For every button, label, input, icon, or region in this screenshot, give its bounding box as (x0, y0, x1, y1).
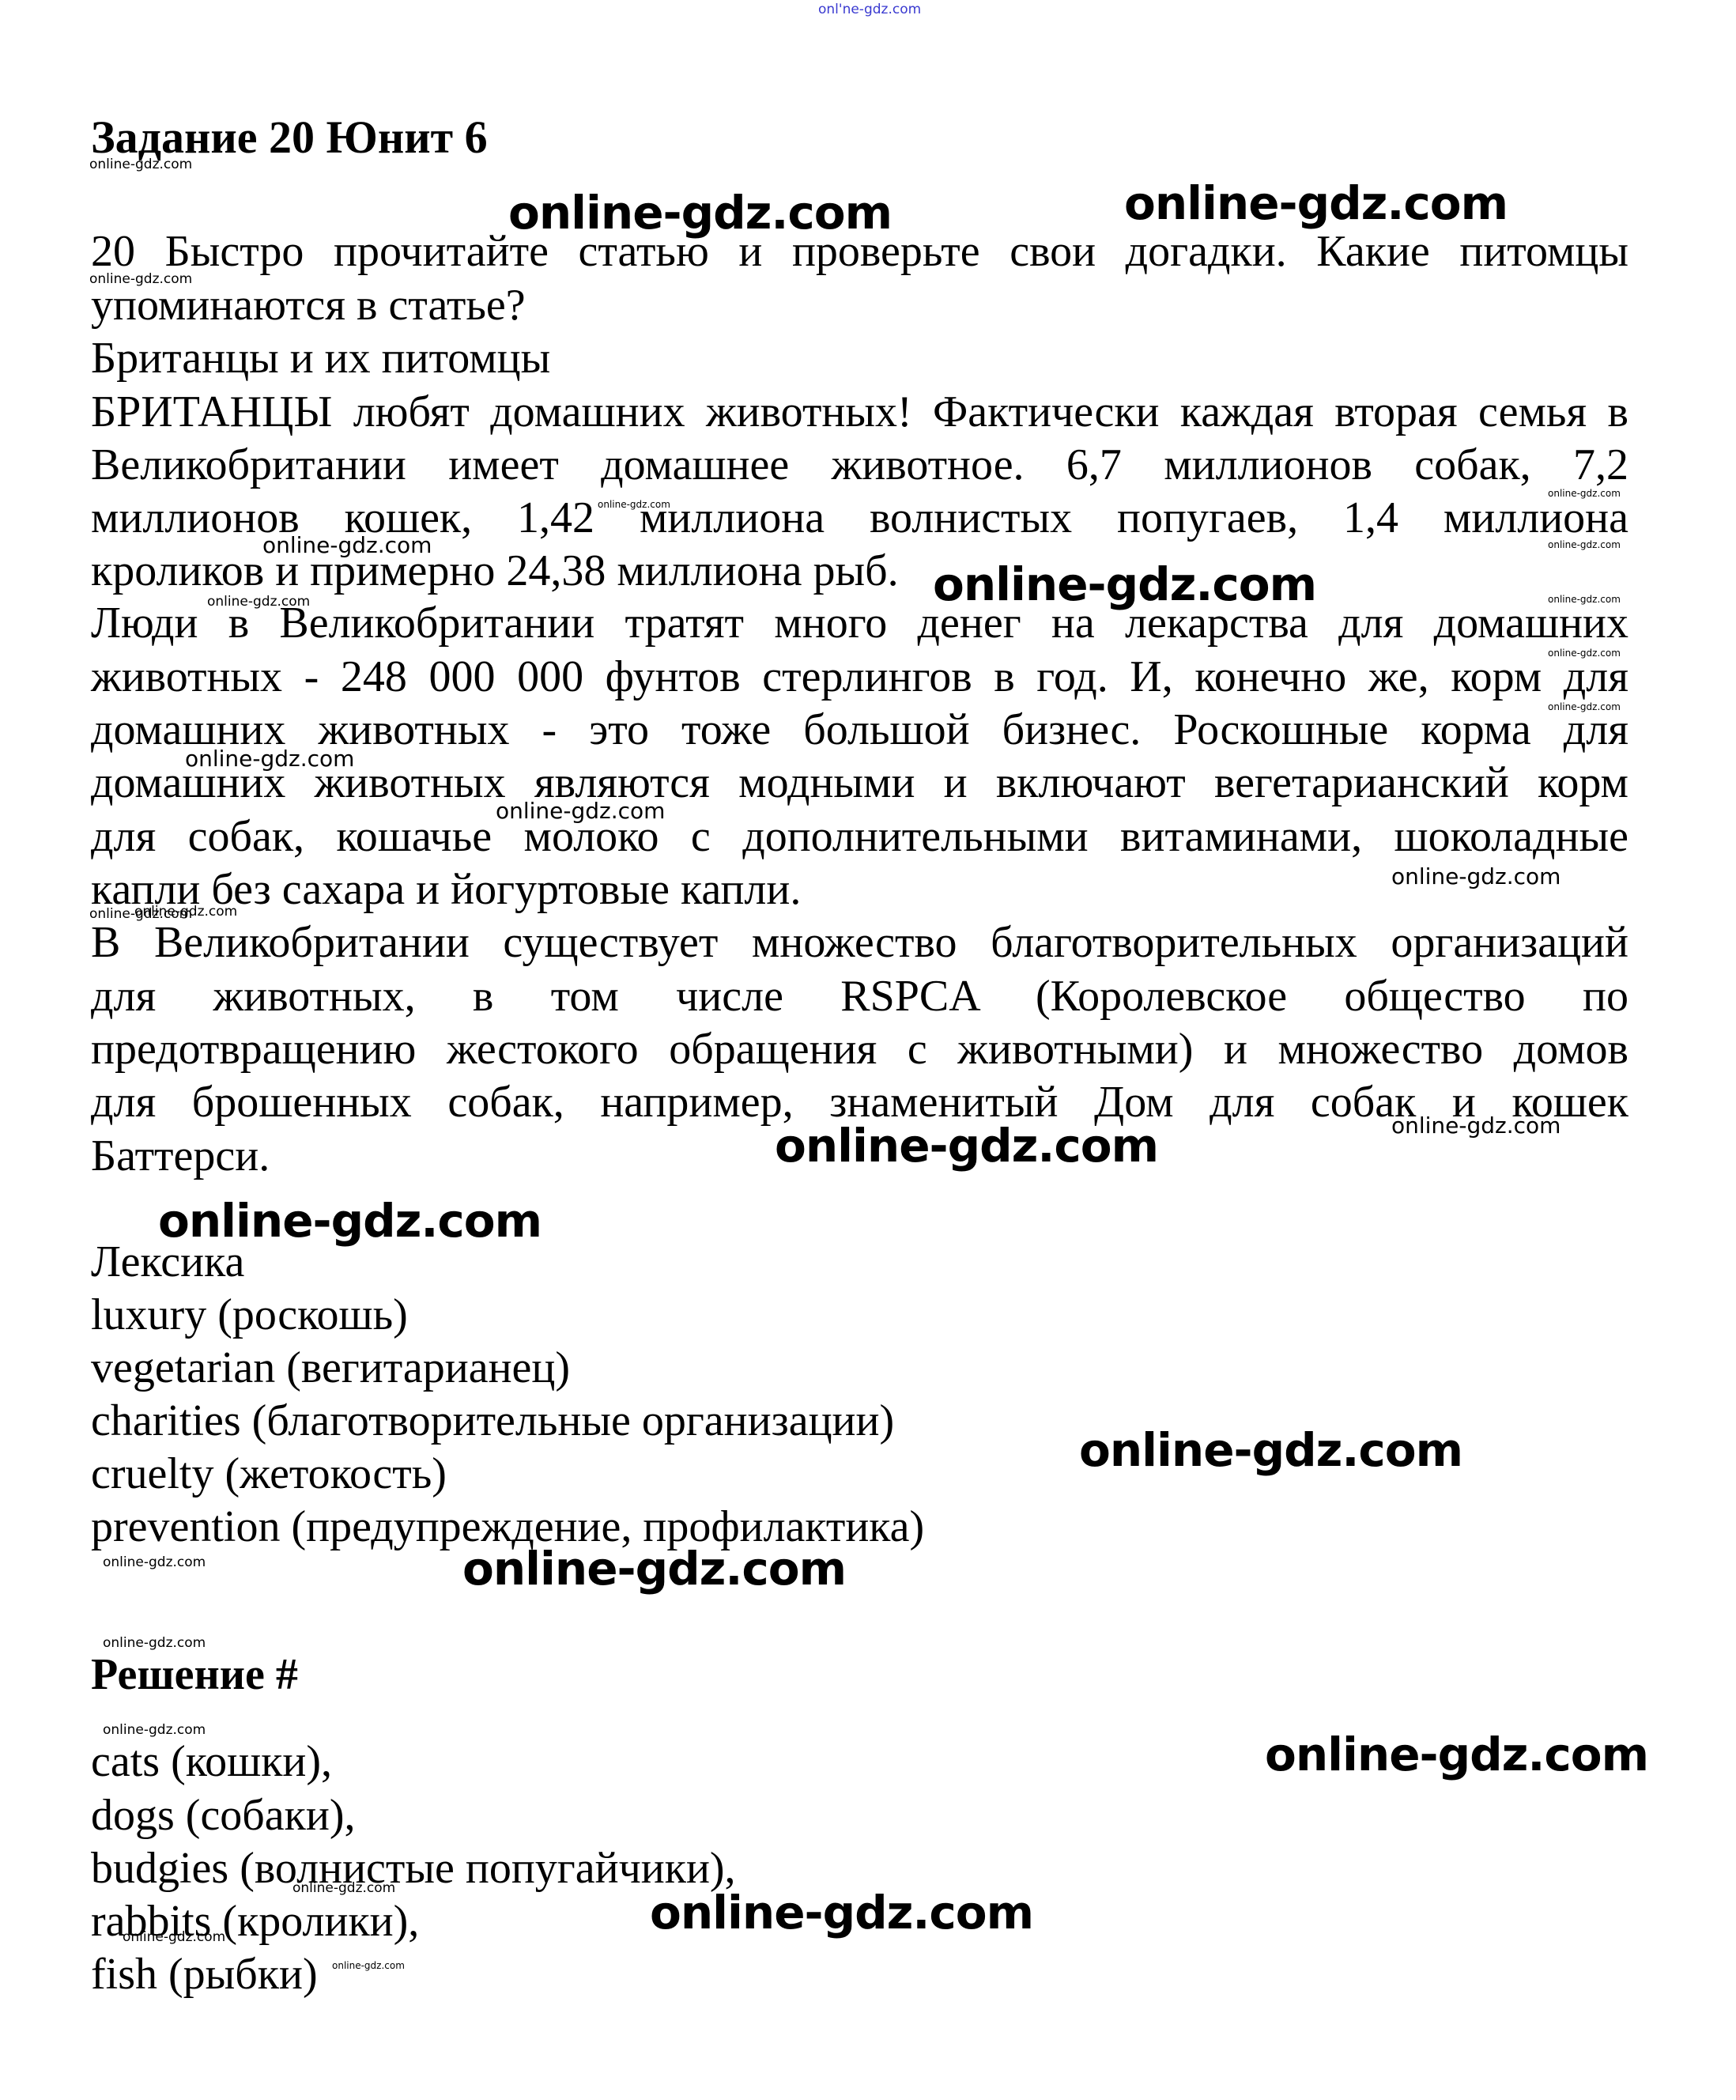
page-title: Задание 20 Юнит 6 (91, 115, 488, 161)
solution-item: fish (рыбки) (91, 1952, 318, 1996)
watermark: online-gdz.com (650, 1890, 1033, 1936)
paragraph-line: предотвращению жестокого обращения с жив… (91, 1027, 1628, 1071)
document-page: onl'ne-gdz.com Задание 20 Юнит 6 online-… (0, 0, 1736, 2100)
task-line: упоминаются в статье? (91, 283, 526, 327)
vocabulary-heading: Лексика (91, 1240, 244, 1284)
paragraph-line: Баттерси. (91, 1134, 270, 1178)
article-title: Британцы и их питомцы (91, 336, 550, 380)
vocabulary-item: cruelty (жетокость) (91, 1452, 447, 1496)
vocabulary-item: charities (благотворительные организации… (91, 1399, 894, 1443)
paragraph-line: для животных, в том числе RSPCA (Королев… (91, 974, 1628, 1018)
watermark: online-gdz.com (775, 1123, 1158, 1169)
watermark: online-gdz.com (1124, 180, 1508, 226)
solution-item: budgies (волнистые попугайчики), (91, 1846, 736, 1890)
watermark: online-gdz.com (292, 1882, 395, 1895)
vocabulary-item: luxury (роскошь) (91, 1293, 408, 1337)
watermark: online-gdz.com (89, 158, 192, 172)
paragraph-line: кроликов и примерно 24,38 миллиона рыб. (91, 549, 899, 593)
watermark: online-gdz.com (123, 1931, 225, 1944)
task-line: 20 Быстро прочитайте статью и проверьте … (91, 229, 1628, 274)
watermark: online-gdz.com (103, 1724, 206, 1737)
watermark: online-gdz.com (1265, 1732, 1648, 1777)
paragraph-line: домашних животных являются модными и вкл… (91, 761, 1628, 805)
paragraph-line: Великобритании имеет домашнее животное. … (91, 443, 1628, 487)
paragraph-line: БРИТАНЦЫ любят домашних животных! Фактич… (91, 390, 1628, 434)
paragraph-line: Люди в Великобритании тратят много денег… (91, 601, 1628, 645)
solution-item: cats (кошки), (91, 1739, 332, 1784)
solution-heading: Решение # (91, 1652, 298, 1697)
vocabulary-item: vegetarian (вегитарианец) (91, 1346, 570, 1390)
watermark: online-gdz.com (1079, 1427, 1462, 1473)
paragraph-line: для собак, кошачье молоко с дополнительн… (91, 814, 1628, 859)
header-watermark: onl'ne-gdz.com (818, 3, 921, 17)
watermark: online-gdz.com (1391, 866, 1561, 888)
watermark: online-gdz.com (1548, 540, 1621, 550)
watermark: online-gdz.com (134, 905, 237, 919)
watermark: online-gdz.com (103, 1556, 206, 1569)
solution-item: dogs (собаки), (91, 1793, 355, 1837)
watermark: online-gdz.com (462, 1546, 846, 1592)
paragraph-line: В Великобритании существует множество бл… (91, 920, 1628, 965)
watermark: online-gdz.com (1391, 1115, 1561, 1137)
paragraph-line: животных - 248 000 000 фунтов стерлингов… (91, 655, 1628, 699)
watermark: online-gdz.com (332, 1961, 405, 1970)
watermark: online-gdz.com (103, 1637, 206, 1650)
